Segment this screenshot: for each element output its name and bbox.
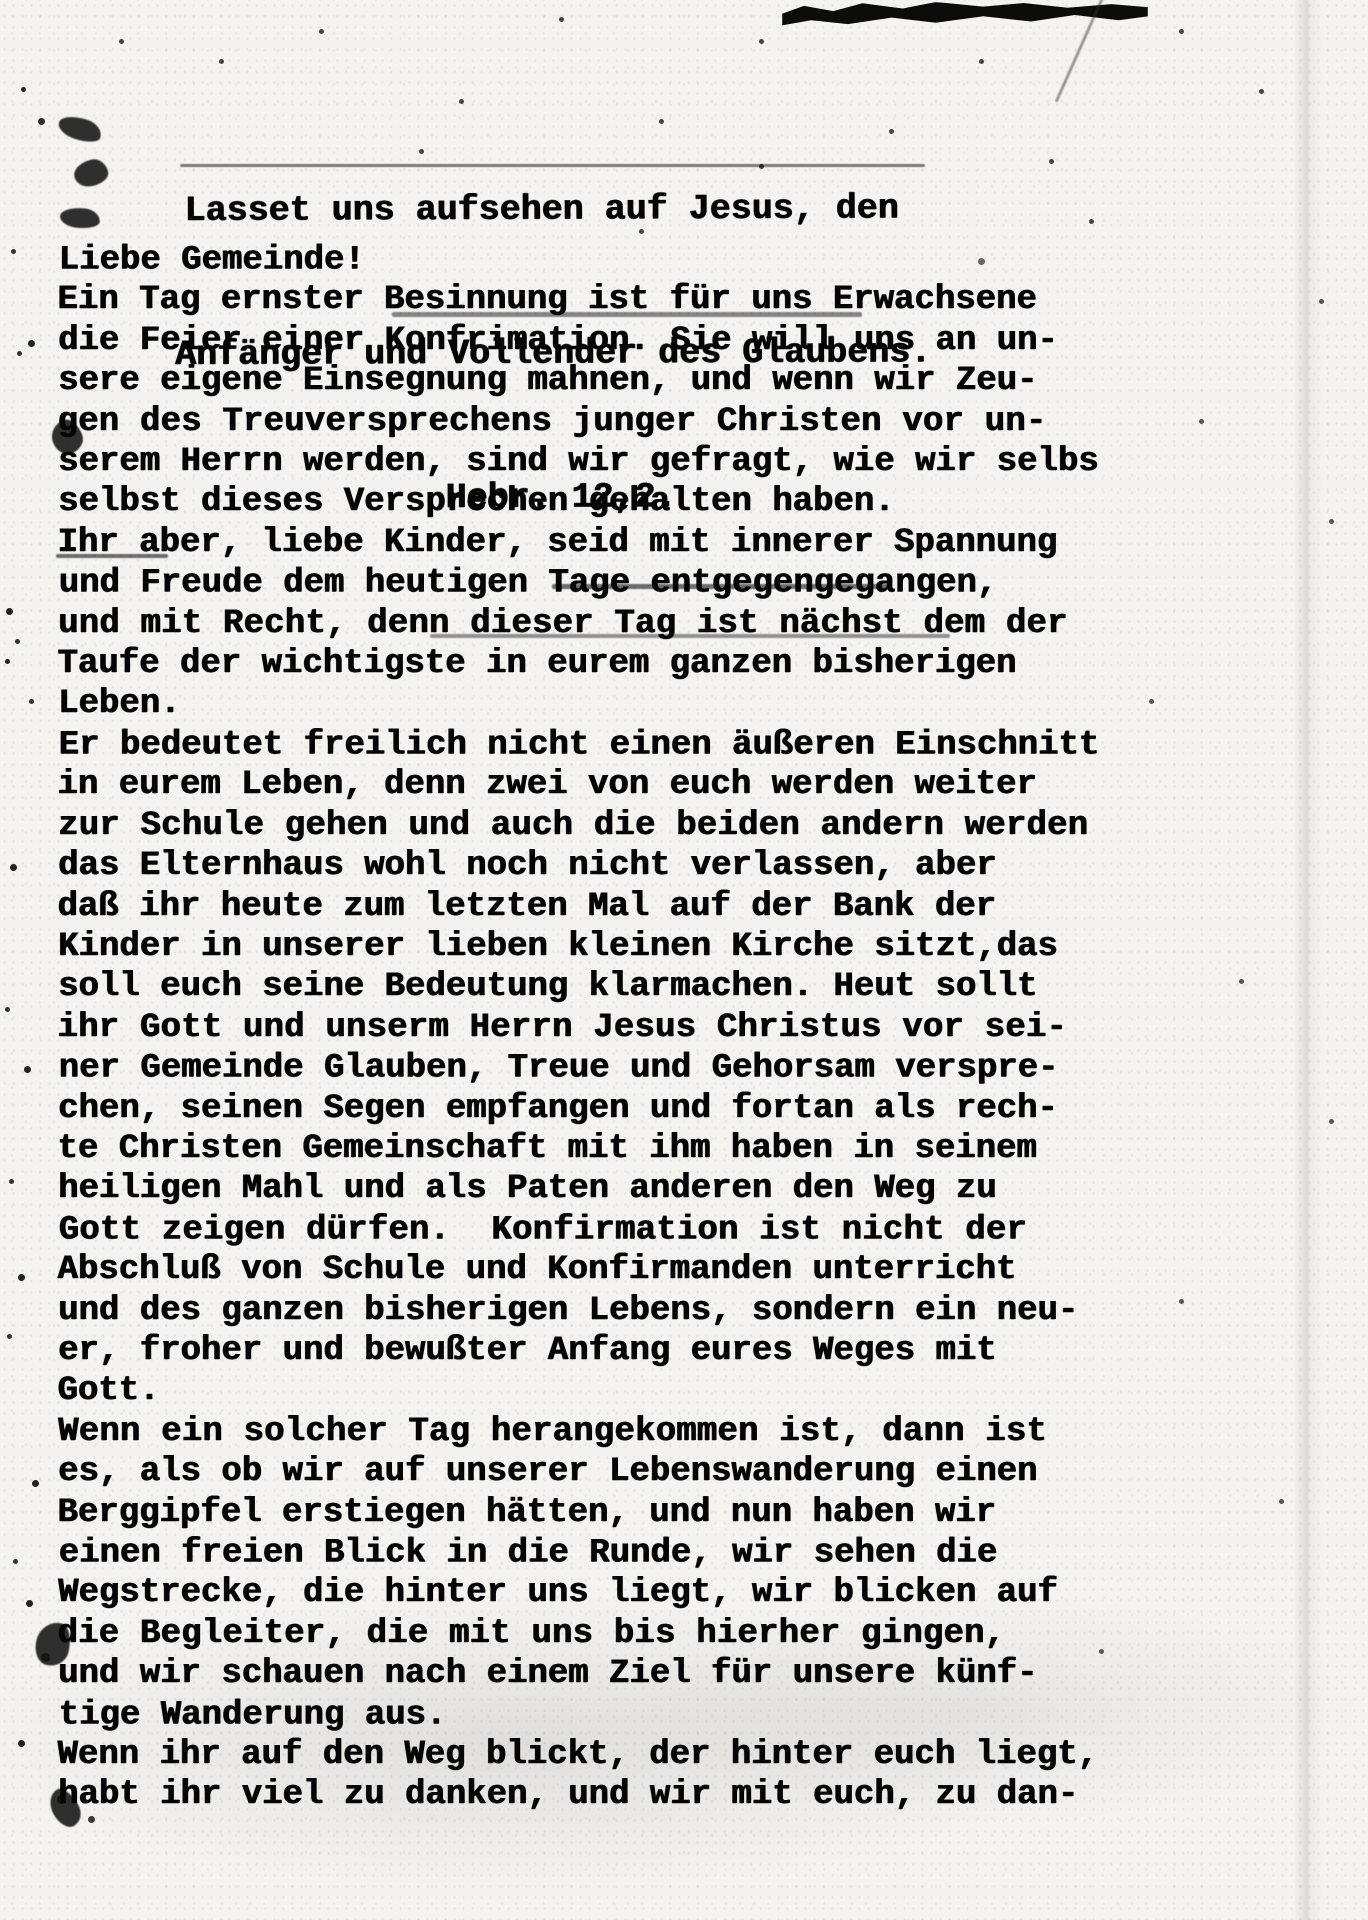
text-line: und des ganzen bisherigen Lebens, sonder… [58,1291,1099,1331]
overstrike-smear [180,164,925,167]
text-line: Kinder in unserer lieben kleinen Kirche … [58,927,1099,967]
text-line: zur Schule gehen und auch die beiden and… [58,806,1099,846]
text-line: und wir schauen nach einem Ziel für unse… [58,1654,1099,1694]
sermon-body-text: Liebe Gemeinde!Ein Tag ernster Besinnung… [58,240,1099,1816]
text-line: serem Herrn werden, sind wir gefragt, wi… [58,442,1099,482]
text-line: Liebe Gemeinde! [59,240,1100,280]
text-line: soll euch seine Bedeutung klarmachen. He… [58,967,1099,1007]
text-line: Er bedeutet freilich nicht einen äußeren… [59,725,1100,765]
text-line: Ihr aber, liebe Kinder, seid mit innerer… [57,523,1098,563]
text-line: Berggipfel erstiegen hätten, und nun hab… [57,1493,1098,1533]
text-line: habt ihr viel zu danken, und wir mit euc… [58,1775,1099,1815]
text-line: Wenn ihr auf den Weg blickt, der hinter … [57,1735,1098,1775]
fold-shadow [1294,0,1324,1920]
text-line: in eurem Leben, denn zwei von euch werde… [57,765,1098,805]
text-line: Wegstrecke, die hinter uns liegt, wir bl… [58,1573,1099,1613]
underline-smear [430,634,950,638]
text-line: chen, seinen Segen empfangen und fortan … [58,1089,1099,1129]
text-line: selbst dieses Versprechen gehalten haben… [58,482,1099,522]
text-line: Taufe der wichtigste in eurem ganzen bis… [57,644,1098,684]
text-line: Abschluß von Schule und Konfirmanden unt… [57,1250,1098,1290]
text-line: es, als ob wir auf unserer Lebenswanderu… [58,1452,1099,1492]
text-line: te Christen Gemeinschaft mit ihm haben i… [57,1129,1098,1169]
text-line: die Begleiter, die mit uns bis hierher g… [57,1614,1098,1654]
underline-smear [56,554,168,558]
scanned-sermon-page: Lasset uns aufsehen auf Jesus, den Anfän… [0,0,1368,1920]
text-line: das Elternhaus wohl noch nicht verlassen… [58,846,1099,886]
text-line: die Feier einer Konfrimation. Sie will u… [58,321,1099,361]
overstrike-smear [552,584,890,589]
text-line: er, froher und bewußter Anfang eures Weg… [58,1331,1099,1371]
text-line: ihr Gott und unserm Herrn Jesus Christus… [57,1008,1098,1048]
text-line: heiligen Mahl und als Paten anderen den … [58,1169,1099,1209]
text-line: daß ihr heute zum letzten Mal auf der Ba… [57,887,1098,927]
text-line: tige Wanderung aus. [59,1695,1100,1735]
text-line: Gott zeigen dürfen. Konfirmation ist nic… [59,1210,1100,1250]
text-line: sere eigene Einsegnung mahnen, und wenn … [58,361,1099,401]
text-line: ner Gemeinde Glauben, Treue und Gehorsam… [59,1048,1100,1088]
ink-speckles [0,0,3,3]
text-line: Leben. [58,684,1099,724]
text-line: und mit Recht, denn dieser Tag ist nächs… [58,604,1099,644]
underline-smear [392,312,862,317]
text-line: gen des Treuversprechens junger Christen… [57,402,1098,442]
text-line: Wenn ein solcher Tag herangekommen ist, … [58,1412,1099,1452]
text-line: einen freien Blick in die Runde, wir seh… [59,1533,1100,1573]
text-line: Gott. [57,1371,1098,1411]
title-line-1: Lasset uns aufsehen auf Jesus, den [184,184,930,235]
